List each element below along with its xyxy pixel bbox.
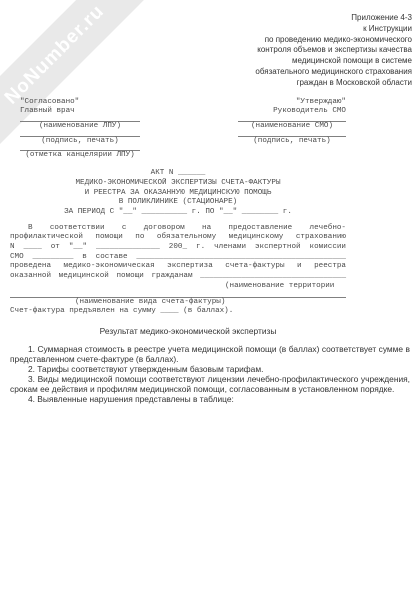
agreement-paragraph: В соответствии с договором на предоставл…: [10, 224, 346, 317]
territory-name-caption: (наименование территории: [10, 282, 346, 292]
result-items: 1. Суммарная стоимость в реестре учета м…: [10, 344, 410, 404]
signature-line: (отметка канцелярии ЛПУ): [20, 150, 140, 161]
header-line: медицинской помощи в системе: [0, 56, 412, 67]
agreement-line: СМО _________ в составе ________________…: [10, 253, 346, 263]
approval-section: "Согласовано" Главный врач (наименование…: [10, 98, 346, 162]
header-line: обязательного медицинского страхования: [0, 67, 412, 78]
header-line: контроля объемов и экспертизы качества: [0, 45, 412, 56]
header-line: граждан в Московской области: [0, 78, 412, 89]
header-line: Приложение 4-3: [0, 13, 412, 24]
invoice-sum-line: Счет-фактура предъявлен на сумму ____ (в…: [10, 307, 346, 317]
signature-caption: (подпись, печать): [238, 137, 346, 147]
agreement-line: проведена медико-экономическая экспертиз…: [10, 262, 346, 272]
act-title-line: В ПОЛИКЛИНИКЕ (СТАЦИОНАРЕ): [10, 198, 346, 208]
agreement-line: N ____ от "__" ______________ 200_ г. чл…: [10, 243, 346, 253]
header-line: по проведению медико-экономического: [0, 35, 412, 46]
signature-line: (наименование СМО): [238, 121, 346, 132]
signature-caption: (подпись, печать): [20, 137, 140, 147]
act-title: АКТ N ______ МЕДИКО-ЭКОНОМИЧЕСКОЙ ЭКСПЕР…: [10, 169, 346, 218]
act-title-line: ЗА ПЕРИОД С "__" __________ г. ПО "__" _…: [10, 208, 346, 218]
smo-head-label: Руководитель СМО: [238, 107, 346, 117]
agreed-title: "Согласовано": [20, 98, 140, 108]
approval-left-column: "Согласовано" Главный врач (наименование…: [20, 98, 140, 162]
act-title-line: И РЕЕСТРА ЗА ОКАЗАННУЮ МЕДИЦИНСКУЮ ПОМОЩ…: [10, 189, 346, 199]
result-heading: Результат медико-экономической экспертиз…: [10, 326, 366, 336]
approved-title: "Утверждаю": [238, 98, 346, 108]
signature-line: (подпись, печать): [238, 136, 346, 147]
act-title-line: АКТ N ______: [10, 169, 346, 179]
invoice-type-caption: (наименование вида счета-фактуры): [10, 298, 346, 308]
signature-line: (наименование ЛПУ): [20, 121, 140, 132]
chief-physician-label: Главный врач: [20, 107, 140, 117]
signature-line: (подпись, печать): [20, 136, 140, 147]
signature-caption: (наименование СМО): [238, 122, 346, 132]
signature-caption: (наименование ЛПУ): [20, 122, 140, 132]
result-item: 2. Тарифы соответствуют утвержденным баз…: [10, 364, 410, 374]
agreement-line: оказанной медицинской помощи гражданам _…: [10, 272, 346, 282]
result-item: 4. Выявленные нарушения представлены в т…: [10, 394, 410, 404]
result-item: 3. Виды медицинской помощи соответствуют…: [10, 374, 410, 394]
header-line: к Инструкции: [0, 24, 412, 35]
result-item: 1. Суммарная стоимость в реестре учета м…: [10, 344, 410, 364]
act-title-line: МЕДИКО-ЭКОНОМИЧЕСКОЙ ЭКСПЕРТИЗЫ СЧЕТА-ФА…: [10, 179, 346, 189]
appendix-header: Приложение 4-3 к Инструкции по проведени…: [0, 13, 412, 89]
agreement-line: В соответствии с договором на предоставл…: [10, 224, 346, 234]
document-page: NoNumber.ru Приложение 4-3 к Инструкции …: [0, 0, 420, 600]
signature-caption: (отметка канцелярии ЛПУ): [20, 151, 140, 161]
approval-right-column: "Утверждаю" Руководитель СМО (наименован…: [238, 98, 346, 162]
agreement-line: профилактической помощи по обязательному…: [10, 233, 346, 243]
